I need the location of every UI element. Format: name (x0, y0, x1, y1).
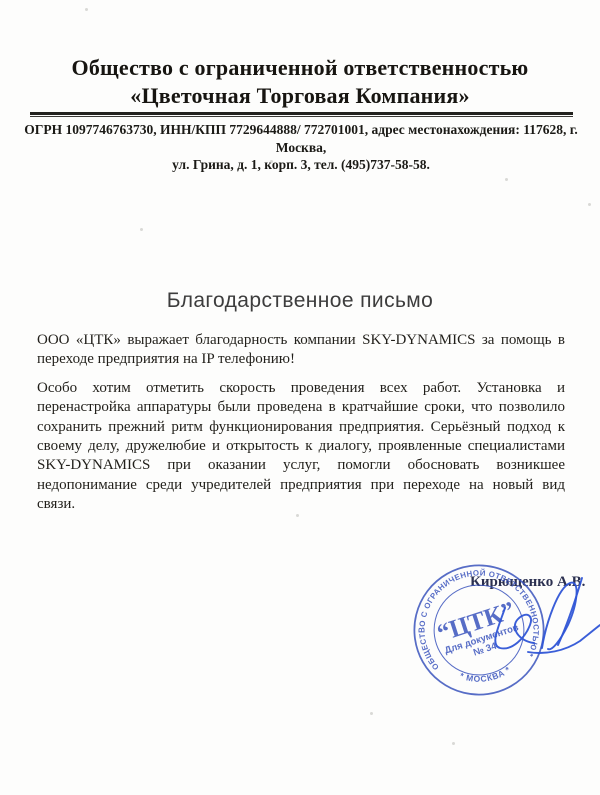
org-details: ОГРН 1097746763730, ИНН/КПП 7729644888/ … (20, 121, 582, 174)
scan-speck (370, 712, 373, 715)
scan-speck (296, 514, 299, 517)
letter-body: ООО «ЦТК» выражает благодарность компани… (37, 331, 565, 524)
scan-speck (588, 203, 591, 206)
org-header: Общество с ограниченной ответственностью… (0, 54, 600, 110)
scan-speck (270, 160, 273, 163)
scanned-letter-page: Общество с ограниченной ответственностью… (0, 0, 600, 795)
scan-speck (140, 228, 143, 231)
header-divider-rule (30, 112, 573, 118)
scan-speck (85, 8, 88, 11)
scan-speck (505, 178, 508, 181)
signature-stroke-tall-loop (542, 583, 577, 650)
handwritten-signature-icon (430, 553, 600, 688)
body-paragraph-1: ООО «ЦТК» выражает благодарность компани… (37, 331, 565, 370)
org-details-line-2: ул. Грина, д. 1, корп. 3, тел. (495)737-… (20, 156, 582, 174)
signature-stroke-downstroke (558, 578, 582, 645)
org-details-line-1: ОГРН 1097746763730, ИНН/КПП 7729644888/ … (20, 121, 582, 156)
body-paragraph-2: Особо хотим отметить скорость проведения… (37, 379, 565, 515)
org-type-line: Общество с ограниченной ответственностью (0, 54, 600, 82)
scan-speck (452, 742, 455, 745)
rule-thin-line (30, 116, 573, 117)
signature-stroke-loop (495, 608, 534, 648)
letter-title: Благодарственное письмо (0, 289, 600, 313)
org-name-line: «Цветочная Торговая Компания» (0, 82, 600, 110)
